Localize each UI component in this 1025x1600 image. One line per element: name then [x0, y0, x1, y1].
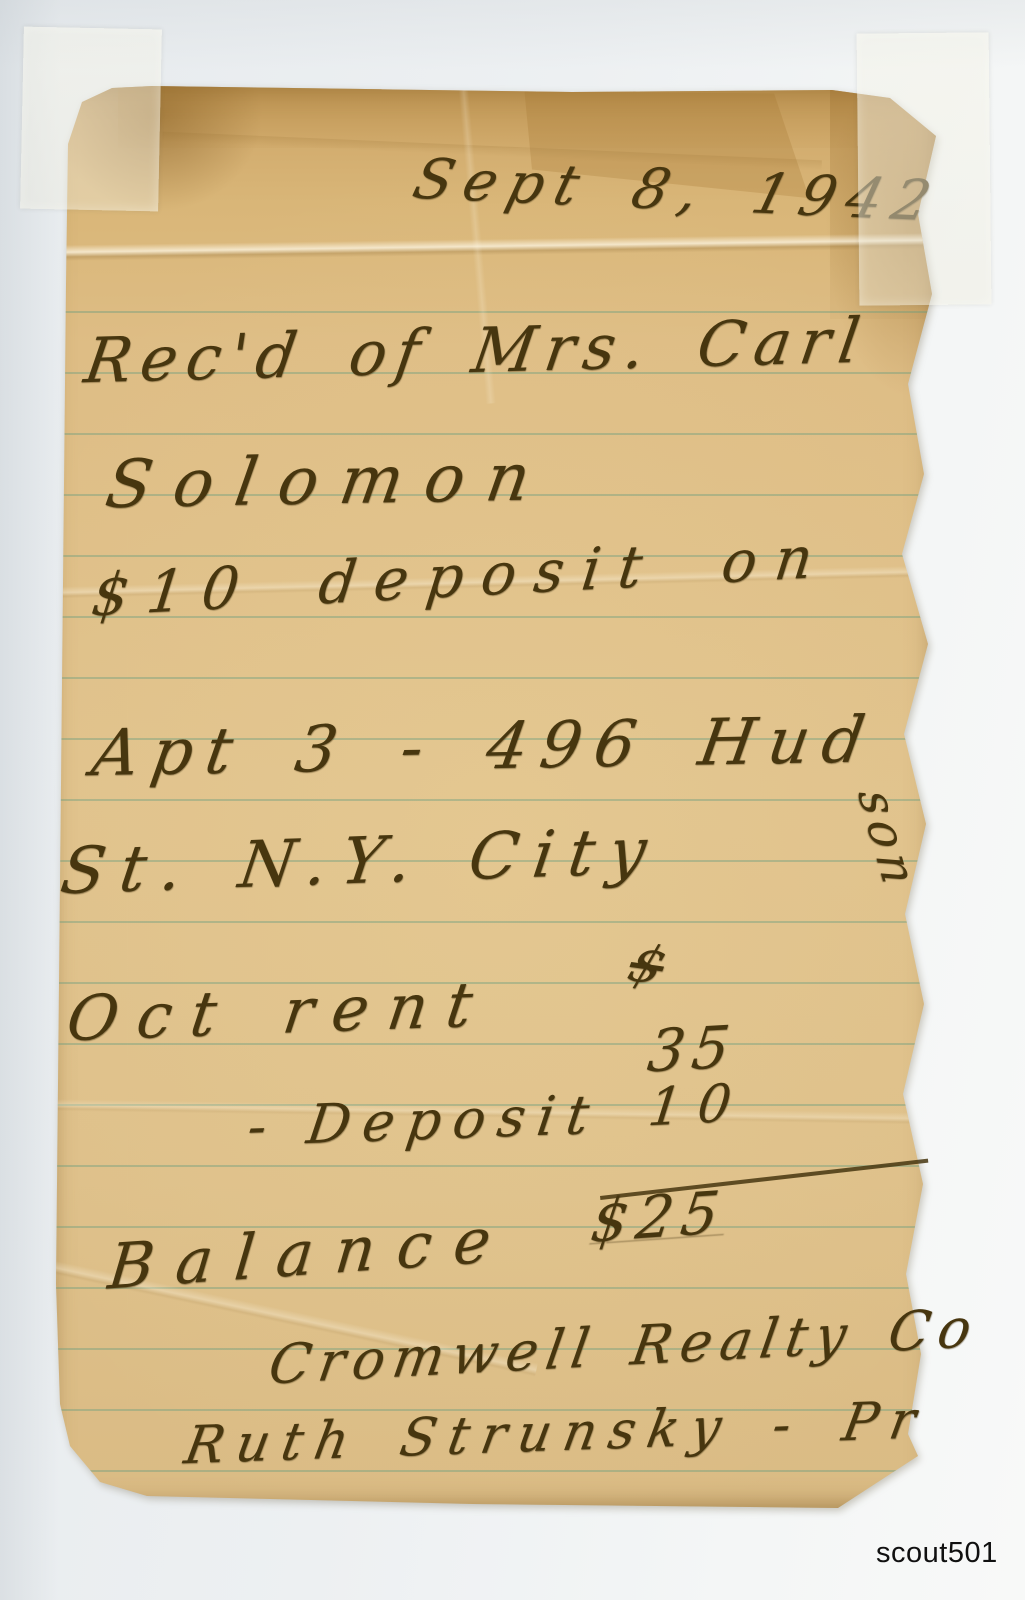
deduction-amount: 10 [646, 1077, 750, 1135]
apt-address-line: Apt 3 - 496 Hud [88, 708, 882, 786]
name-line: Solomon [102, 444, 557, 518]
total-amount: $25 [588, 1183, 731, 1251]
deduction-label: - Deposit [244, 1088, 604, 1155]
watermark-text: scout501 [876, 1537, 998, 1570]
rent-amount: 35 [645, 1017, 740, 1080]
tape-top-left [20, 27, 162, 212]
rent-label: Oct rent [63, 973, 495, 1050]
scanned-photo: Sept 8, 1942 Rec'd of Mrs. Carl Solomon … [0, 0, 1025, 1600]
tape-top-right [857, 32, 992, 305]
